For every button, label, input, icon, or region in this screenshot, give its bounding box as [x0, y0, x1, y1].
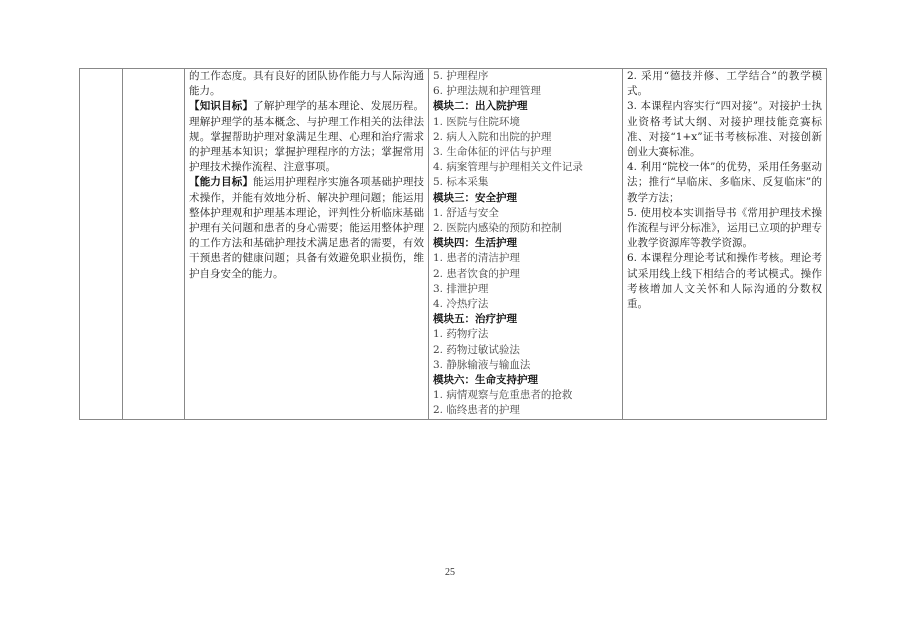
- objectives-paragraph: 的工作态度。具有良好的团队协作能力与人际沟通能力。: [189, 69, 424, 99]
- method-paragraph: 2. 采用“德技并修、工学结合”的教学模式。: [627, 69, 822, 99]
- module-item: 1. 病情观察与危重患者的抢救: [433, 388, 618, 403]
- module-heading: 模块六：生命支持护理: [433, 373, 618, 388]
- module-item: 2. 药物过敏试验法: [433, 343, 618, 358]
- module-item: 1. 患者的清洁护理: [433, 251, 618, 266]
- module-item: 4. 冷热疗法: [433, 297, 618, 312]
- method-paragraph: 3. 本课程内容实行“四对接”。对接护士执业资格考试大纲、对接护理技能竞赛标准、…: [627, 99, 822, 160]
- module-item: 5. 标本采集: [433, 175, 618, 190]
- module-heading: 模块二：出入院护理: [433, 99, 618, 114]
- page-number: 25: [0, 567, 900, 578]
- module-item: 6. 护理法规和护理管理: [433, 84, 618, 99]
- ability-objective-paragraph: 【能力目标】能运用护理程序实施各项基础护理技术操作，并能有效地分析、解决护理问题…: [189, 175, 424, 281]
- module-item: 3. 静脉输液与输血法: [433, 358, 618, 373]
- module-heading: 模块四：生活护理: [433, 236, 618, 251]
- course-table: 的工作态度。具有良好的团队协作能力与人际沟通能力。 【知识目标】了解护理学的基本…: [79, 68, 827, 420]
- module-item: 2. 临终患者的护理: [433, 403, 618, 418]
- method-paragraph: 6. 本课程分理论考试和操作考核。理论考试采用线上线下相结合的考试模式。操作考核…: [627, 251, 822, 312]
- module-item: 2. 患者饮食的护理: [433, 267, 618, 282]
- knowledge-objective-paragraph: 【知识目标】了解护理学的基本理论、发展历程。理解护理学的基本概念、与护理工作相关…: [189, 99, 424, 175]
- module-heading: 模块三：安全护理: [433, 191, 618, 206]
- module-item: 3. 排泄护理: [433, 282, 618, 297]
- table-cell-modules: 5. 护理程序6. 护理法规和护理管理模块二：出入院护理1. 医院与住院环境2.…: [429, 69, 623, 420]
- method-paragraph: 4. 利用“院校一体”的优势，采用任务驱动法；推行“早临床、多临床、反复临床”的…: [627, 160, 822, 206]
- module-item: 1. 舒适与安全: [433, 206, 618, 221]
- module-item: 3. 生命体征的评估与护理: [433, 145, 618, 160]
- method-paragraph: 5. 使用校本实训指导书《常用护理技术操作流程与评分标准》，运用已立项的护理专业…: [627, 206, 822, 252]
- ability-objective-label: 【能力目标】: [189, 176, 253, 188]
- table-row: 的工作态度。具有良好的团队协作能力与人际沟通能力。 【知识目标】了解护理学的基本…: [80, 69, 827, 420]
- module-heading: 模块五：治疗护理: [433, 312, 618, 327]
- module-item: 4. 病案管理与护理相关文件记录: [433, 160, 618, 175]
- module-item: 2. 医院内感染的预防和控制: [433, 221, 618, 236]
- table-cell-index: [80, 69, 123, 420]
- knowledge-objective-label: 【知识目标】: [189, 100, 253, 112]
- table-cell-objectives: 的工作态度。具有良好的团队协作能力与人际沟通能力。 【知识目标】了解护理学的基本…: [185, 69, 429, 420]
- module-item: 1. 医院与住院环境: [433, 115, 618, 130]
- module-item: 1. 药物疗法: [433, 327, 618, 342]
- table-cell-course: [123, 69, 185, 420]
- table-cell-teaching-methods: 2. 采用“德技并修、工学结合”的教学模式。 3. 本课程内容实行“四对接”。对…: [623, 69, 827, 420]
- module-item: 5. 护理程序: [433, 69, 618, 84]
- module-item: 2. 病人入院和出院的护理: [433, 130, 618, 145]
